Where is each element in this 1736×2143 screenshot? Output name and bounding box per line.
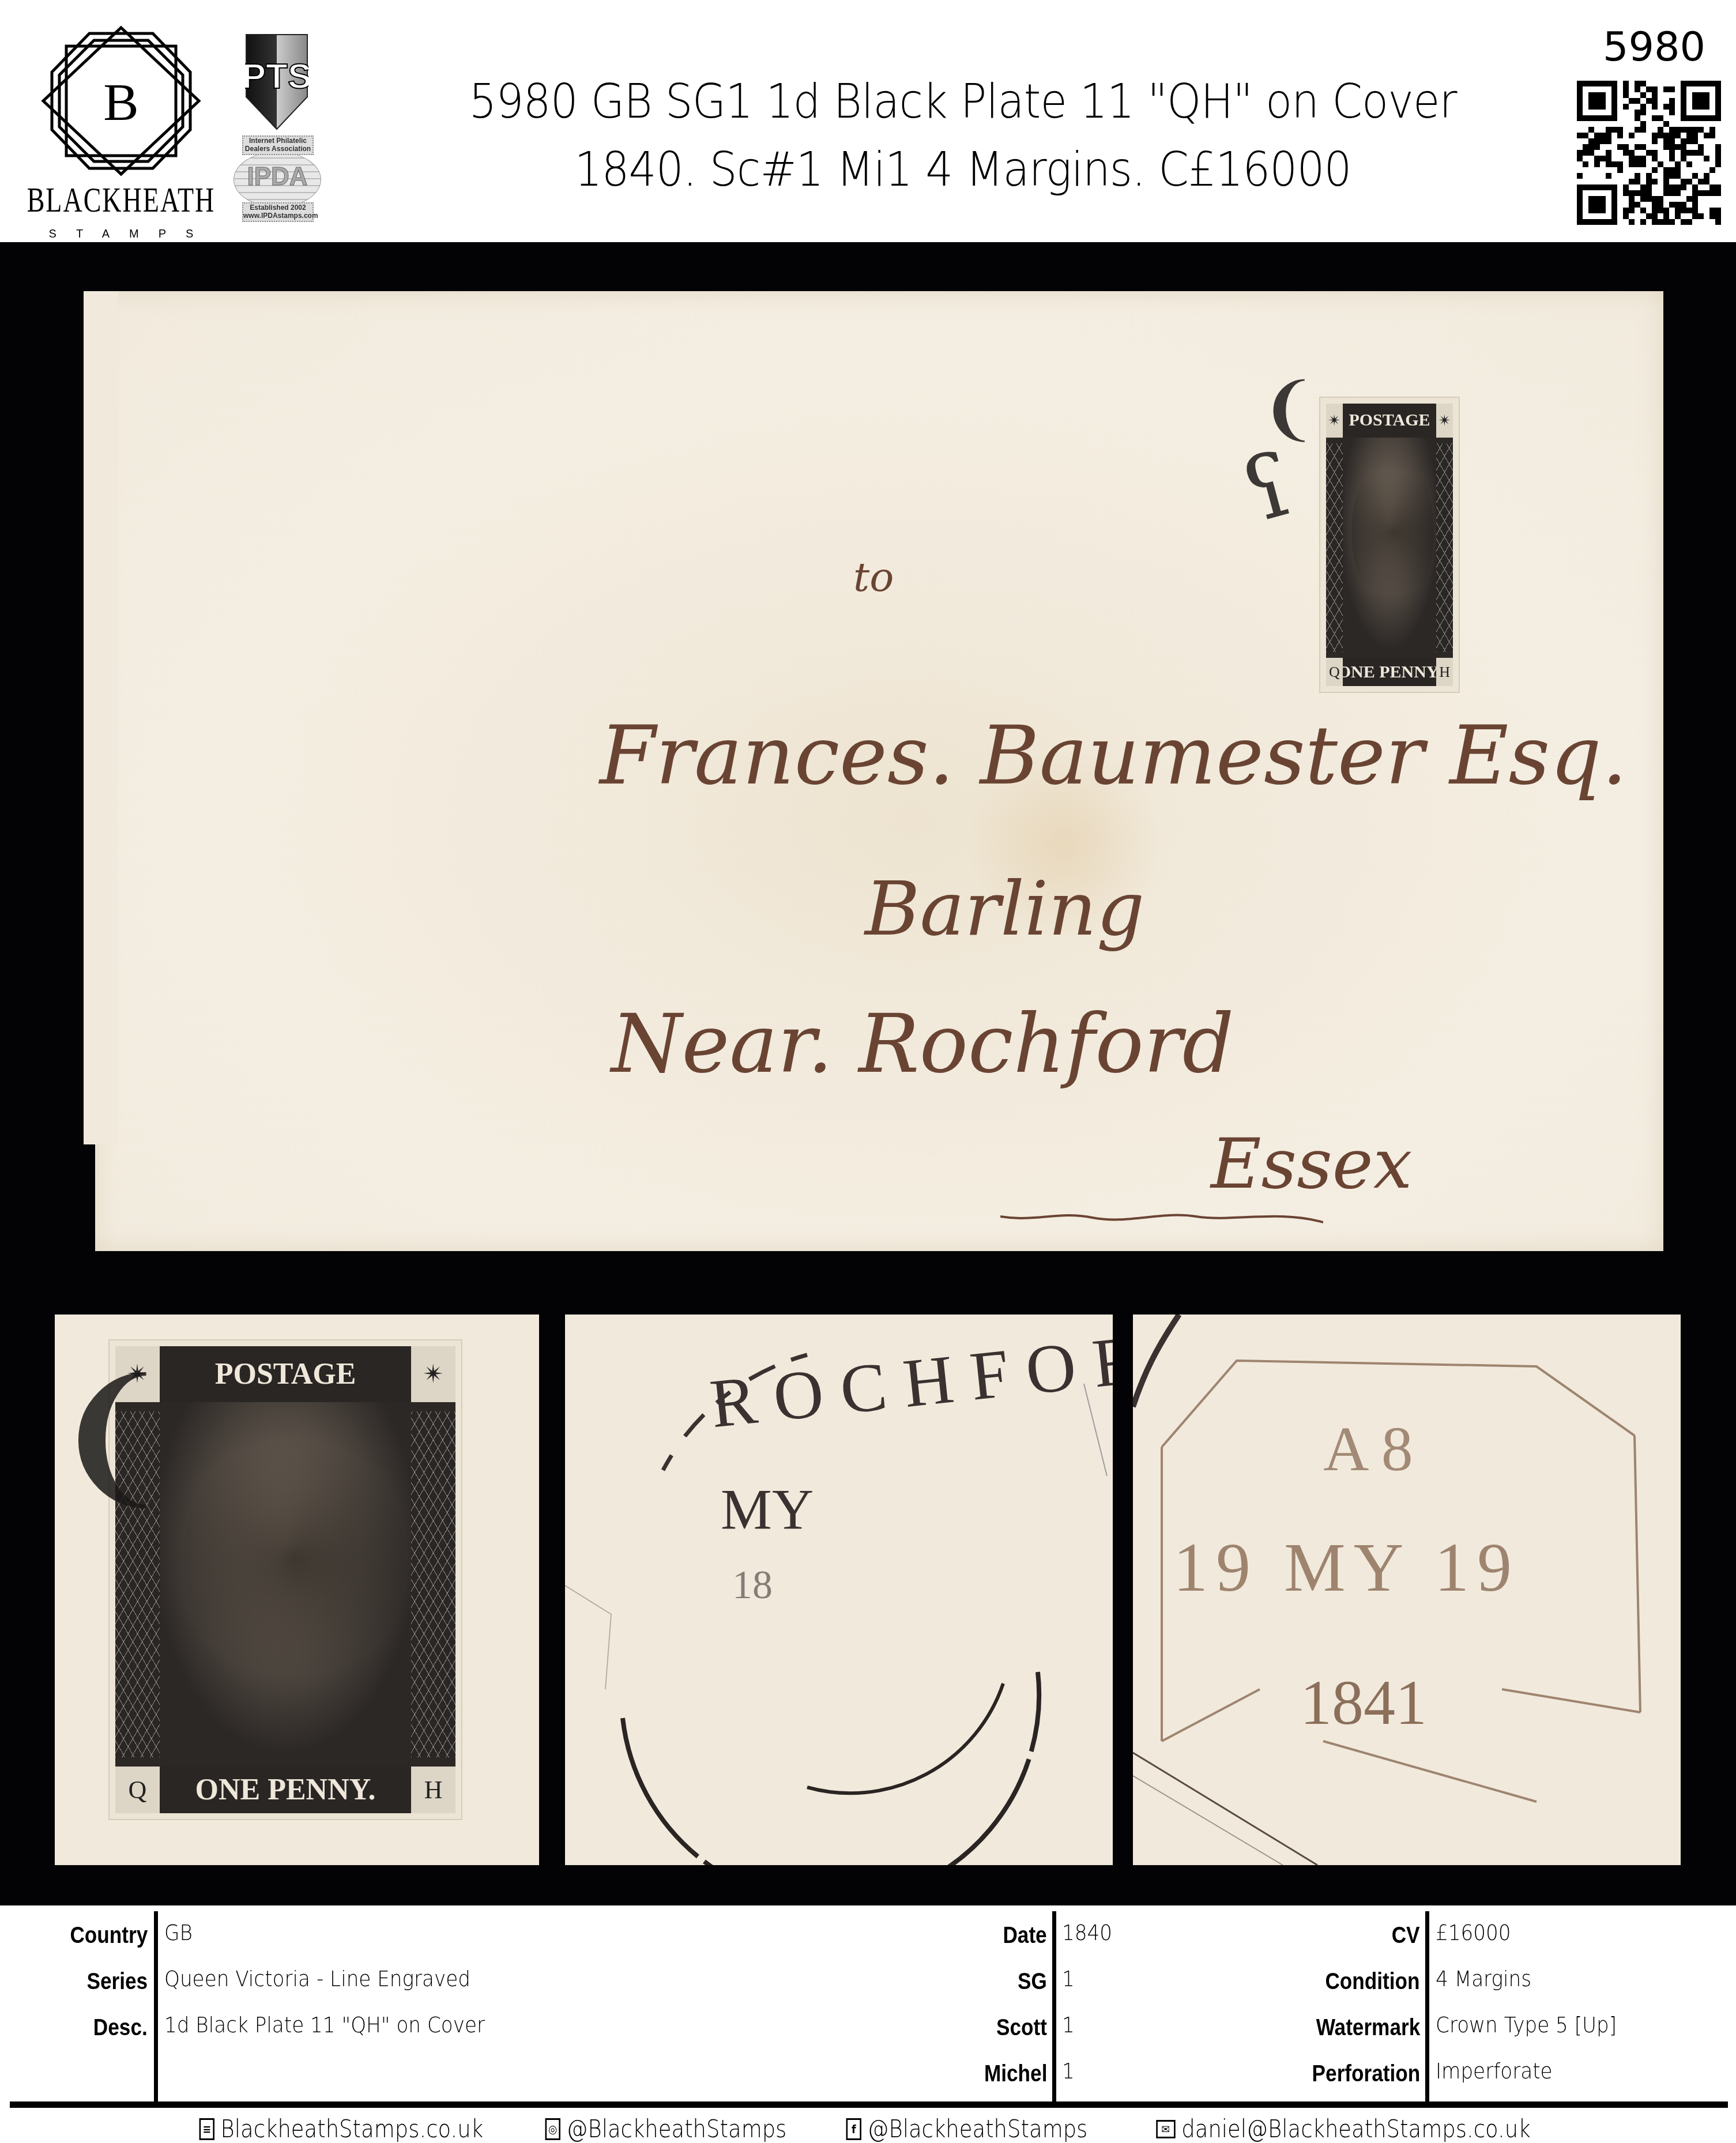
stamp-value-label: ONE PENNY. xyxy=(1326,658,1453,686)
value-perforation: Imperforate xyxy=(1436,2058,1553,2084)
address-line-4: Essex xyxy=(1211,1124,1412,1204)
value-cv: £16000 xyxy=(1436,1920,1511,1945)
penny-black-stamp[interactable]: POSTAGE ✴ ✴ ONE PENNY. Q H xyxy=(1320,398,1459,692)
value-michel: 1 xyxy=(1062,2058,1075,2084)
header: B BLACKHEATH STAMPS PTS IPDA Internet Ph… xyxy=(0,0,1736,242)
globe-icon: IPDA xyxy=(234,152,321,208)
cds-date-text: MY xyxy=(721,1476,814,1542)
cancel-mark xyxy=(183,1430,405,1688)
title-line-1: 5980 GB SG1 1d Black Plate 11 "QH" on Co… xyxy=(416,68,1509,136)
footer-contacts: ≡ BlackheathStamps.co.uk ◎ @BlackheathSt… xyxy=(0,2115,1736,2143)
label-scott: Scott xyxy=(996,2015,1047,2041)
pts-logo: PTS xyxy=(245,33,308,130)
title-line-2: 1840. Sc#1 Mi1 4 Margins. C£16000 xyxy=(416,136,1509,204)
detail-panel-cds[interactable]: ROCHFORD MY 18 xyxy=(565,1315,1113,1865)
address-to: to xyxy=(853,553,894,601)
footer-website[interactable]: ≡ BlackheathStamps.co.uk xyxy=(199,2115,483,2143)
facebook-icon: f xyxy=(846,2118,861,2140)
label-date: Date xyxy=(1003,1923,1047,1949)
flourish-underline xyxy=(1000,1205,1323,1228)
label-michel: Michel xyxy=(984,2061,1047,2087)
receiving-date: 19 MY 19 xyxy=(1173,1528,1520,1607)
check-letter-right: H xyxy=(1436,658,1453,686)
label-cv: CV xyxy=(1392,1923,1420,1949)
stamp-top-label: POSTAGE xyxy=(1326,404,1453,438)
web-browser-icon: ≡ xyxy=(199,2118,214,2140)
star-icon: ✴ xyxy=(411,1346,455,1402)
footer-facebook[interactable]: f @BlackheathStamps xyxy=(846,2115,1088,2143)
ipda-logo: IPDA Internet Philatelic Dealers Associa… xyxy=(231,135,323,222)
check-letter-left: Q xyxy=(115,1767,160,1813)
label-perforation: Perforation xyxy=(1312,2061,1420,2087)
cds-year-text: 18 xyxy=(732,1562,773,1609)
detail-panel-stamp[interactable]: POSTAGE ✴ ✴ ONE PENNY. Q H ❨ xyxy=(55,1315,539,1865)
value-scott: 1 xyxy=(1062,2012,1075,2037)
cancel-mark xyxy=(1351,454,1434,610)
label-sg: SG xyxy=(1018,1969,1047,1995)
address-line-2: Barling xyxy=(865,865,1144,952)
instagram-icon: ◎ xyxy=(545,2118,560,2140)
value-sg: 1 xyxy=(1062,1966,1075,1991)
receiving-row-1: A 8 xyxy=(1323,1413,1413,1486)
value-date: 1840 xyxy=(1062,1920,1112,1945)
maltese-cross-fragment-icon: ❨ xyxy=(55,1349,175,1523)
value-country: GB xyxy=(164,1920,193,1945)
divider xyxy=(154,1911,158,2103)
instagram-handle[interactable]: @BlackheathStamps xyxy=(567,2115,787,2143)
value-watermark: Crown Type 5 [Up] xyxy=(1436,2012,1617,2037)
detail-panel-receiving-mark[interactable]: A 8 19 MY 19 1841 xyxy=(1133,1315,1681,1865)
brand-name: BLACKHEATH xyxy=(14,179,228,220)
ipda-bottom-label: Established 2002 www.IPDAstamps.com xyxy=(242,202,314,222)
star-icon: ✴ xyxy=(1326,404,1343,438)
website-link[interactable]: BlackheathStamps.co.uk xyxy=(220,2115,483,2143)
check-letter-left: Q xyxy=(1326,658,1343,686)
lot-number: 5980 xyxy=(1603,23,1705,70)
label-desc: Desc. xyxy=(93,2015,148,2041)
receiving-year: 1841 xyxy=(1300,1666,1427,1739)
envelope-icon: ✉ xyxy=(1157,2120,1176,2138)
facebook-handle[interactable]: @BlackheathStamps xyxy=(868,2115,1088,2143)
address-line-3: Near. Rochford xyxy=(611,997,1234,1091)
star-icon: ✴ xyxy=(1436,404,1453,438)
footer-instagram[interactable]: ◎ @BlackheathStamps xyxy=(545,2115,787,2143)
value-desc: 1d Black Plate 11 "QH" on Cover xyxy=(164,2012,485,2037)
value-series: Queen Victoria - Line Engraved xyxy=(164,1966,470,1991)
table-bottom-rule xyxy=(10,2101,1728,2108)
pts-text: PTS xyxy=(245,57,308,96)
octagon-emblem-icon: B xyxy=(26,23,216,179)
qr-code-icon[interactable] xyxy=(1577,81,1721,225)
blackheath-logo: B BLACKHEATH STAMPS xyxy=(14,23,222,231)
ipda-text: IPDA xyxy=(234,163,321,191)
ipda-top-label: Internet Philatelic Dealers Association xyxy=(242,135,314,155)
address-line-1: Frances. Baumester Esq. xyxy=(600,709,1627,803)
label-watermark: Watermark xyxy=(1316,2015,1420,2041)
label-series: Series xyxy=(86,1969,148,1995)
label-country: Country xyxy=(70,1923,148,1949)
check-letter-right: H xyxy=(411,1767,455,1813)
divider xyxy=(1052,1911,1056,2103)
label-condition: Condition xyxy=(1325,1969,1420,1995)
brand-sub: STAMPS xyxy=(20,228,222,241)
page-title: 5980 GB SG1 1d Black Plate 11 "QH" on Co… xyxy=(416,68,1509,204)
value-condition: 4 Margins xyxy=(1436,1966,1531,1991)
brand-initial: B xyxy=(103,73,138,131)
stamp-value-label: ONE PENNY. xyxy=(115,1767,455,1813)
email-link[interactable]: daniel@BlackheathStamps.co.uk xyxy=(1182,2115,1531,2143)
footer-email[interactable]: ✉ daniel@BlackheathStamps.co.uk xyxy=(1157,2115,1531,2143)
cover-fold xyxy=(84,291,118,1144)
divider xyxy=(1425,1911,1429,2103)
